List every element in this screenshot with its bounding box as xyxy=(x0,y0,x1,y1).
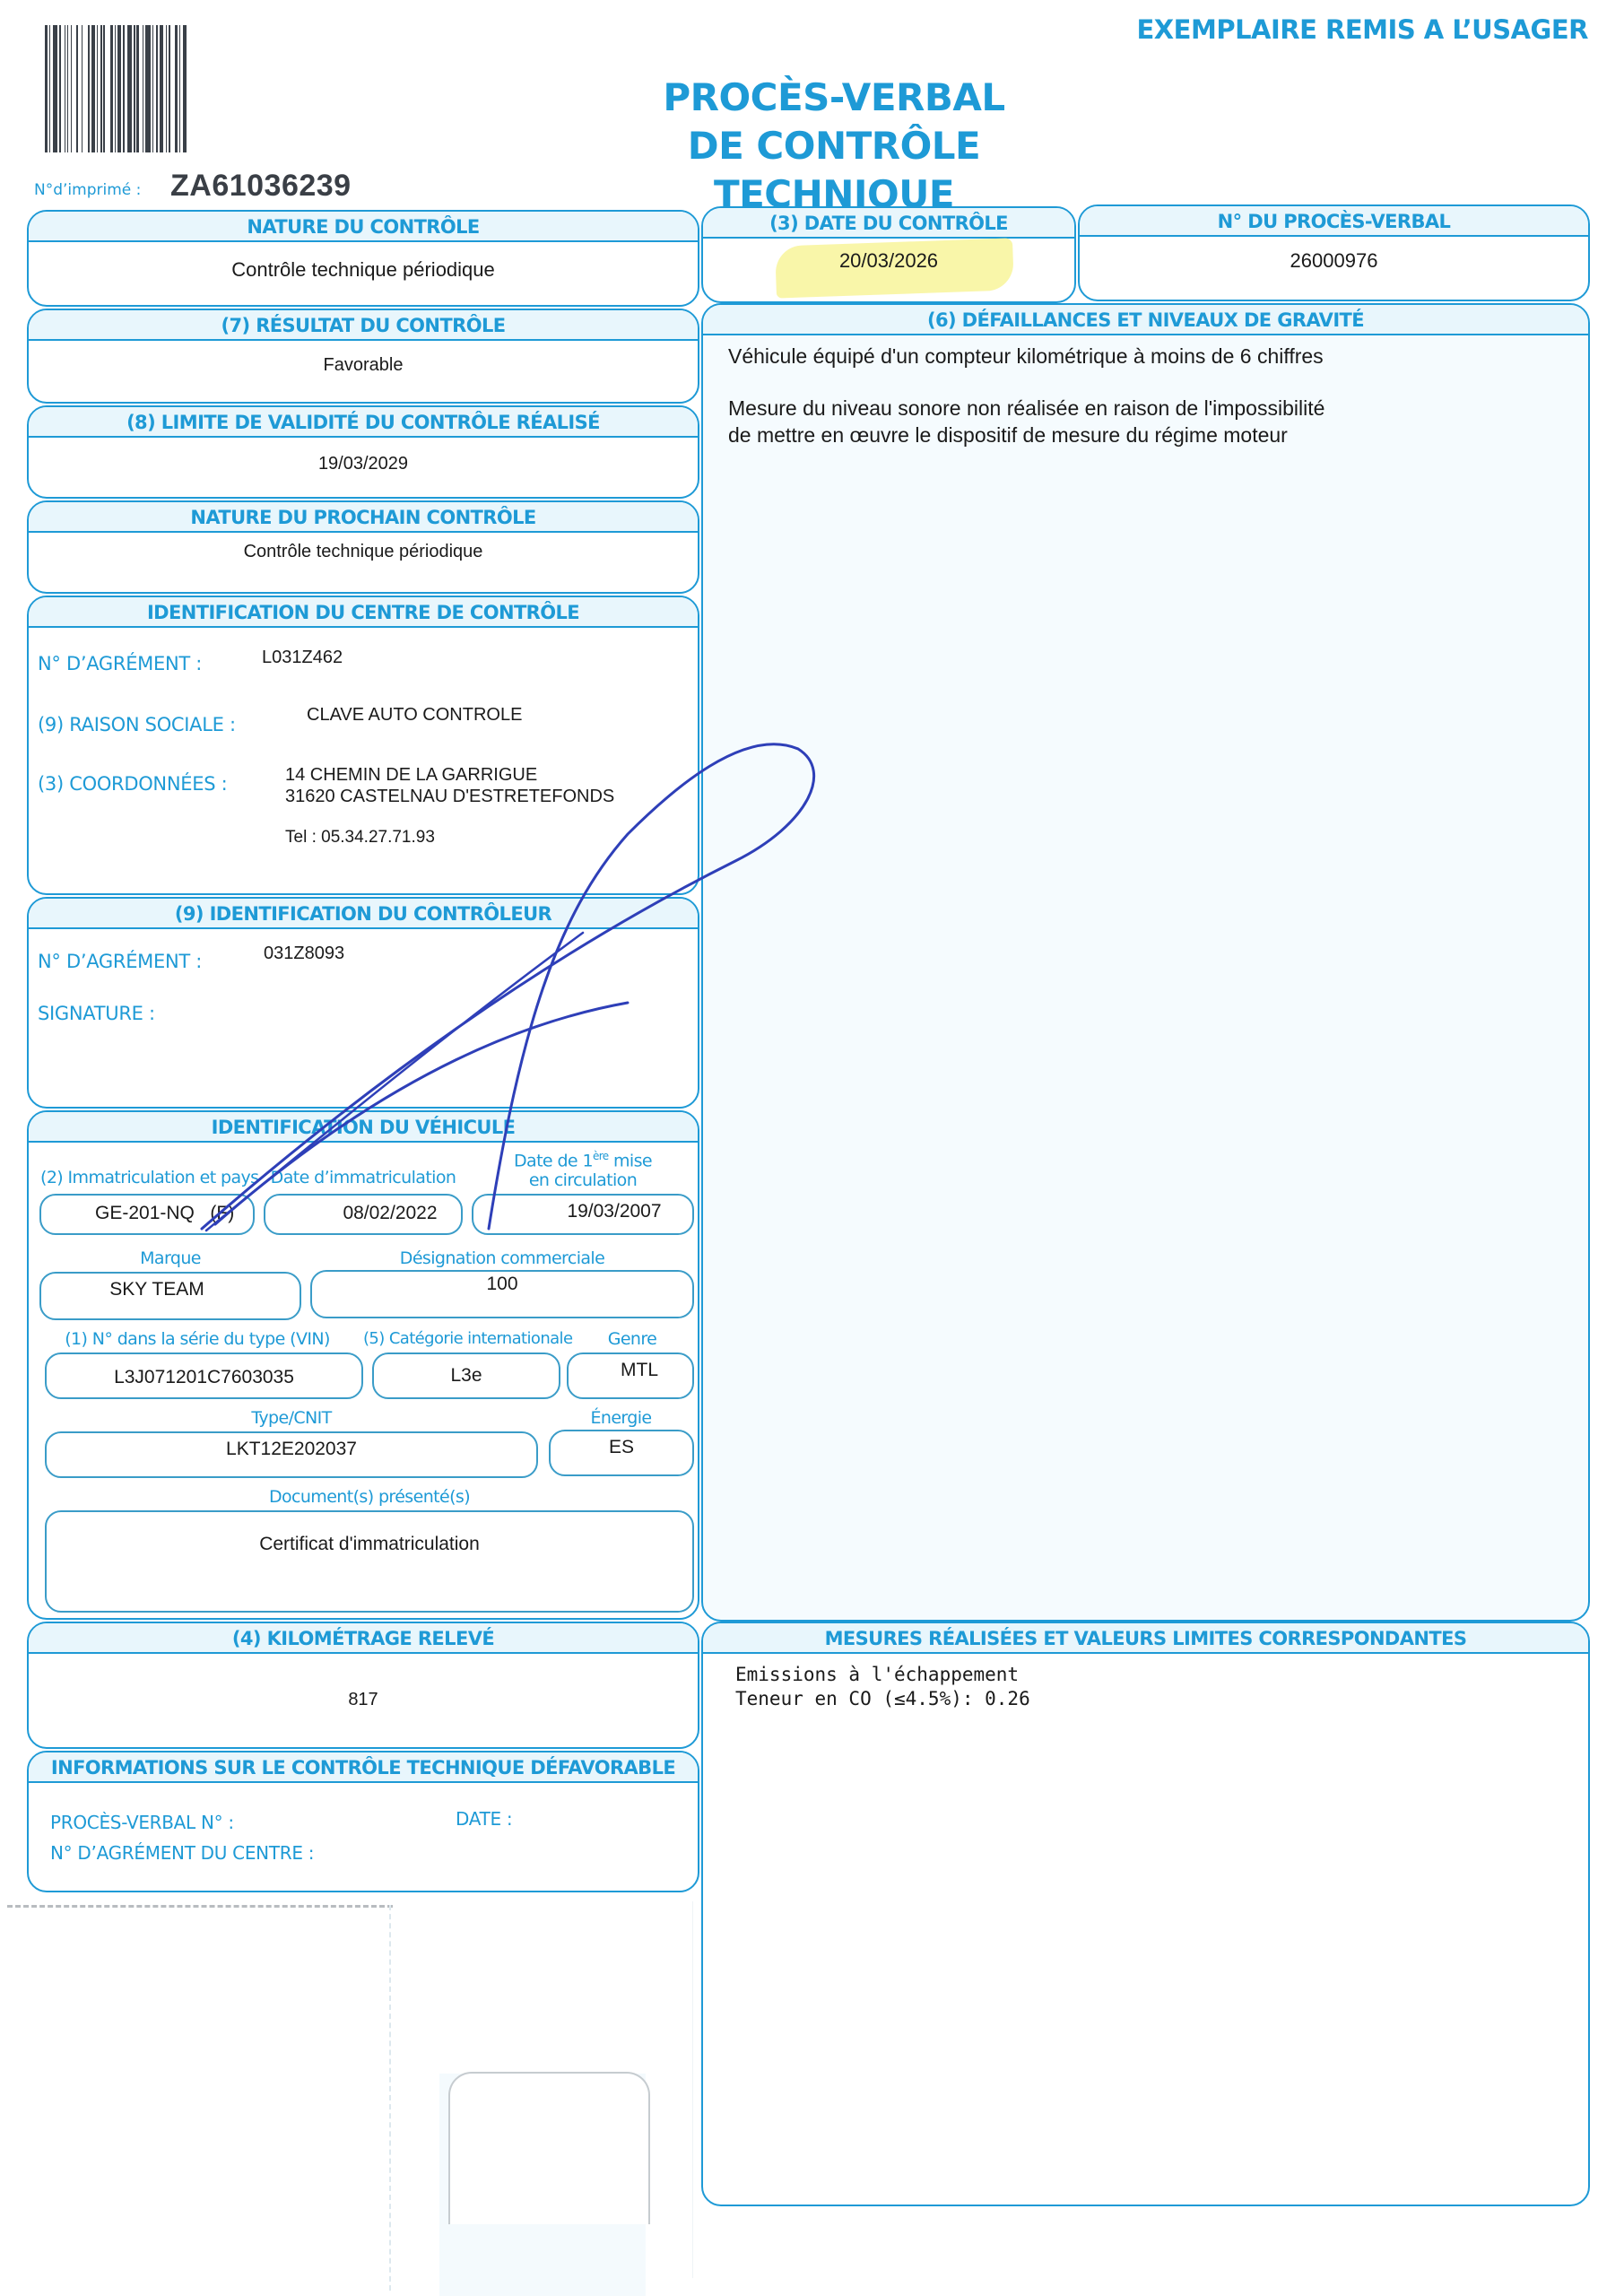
designation-field: 100 xyxy=(310,1270,694,1318)
address-line-2: 31620 CASTELNAU D'ESTRETEFONDS xyxy=(285,786,614,807)
kilometrage-value: 817 xyxy=(29,1654,698,1710)
defavorable-title: INFORMATIONS SUR LE CONTRÔLE TECHNIQUE D… xyxy=(29,1752,698,1783)
date-immat-label: Date d’immatriculation xyxy=(265,1168,462,1187)
defavorable-pv-label: PROCÈS-VERBAL N° : xyxy=(50,1812,234,1833)
premiere-mise-value: 19/03/2007 xyxy=(567,1201,661,1222)
documents-label: Document(s) présenté(s) xyxy=(45,1487,694,1507)
centre-tel: Tel : 05.34.27.71.93 xyxy=(285,828,435,848)
vin-value: L3J071201C7603035 xyxy=(114,1367,294,1387)
address-line-1: 14 CHEMIN DE LA GARRIGUE xyxy=(285,764,614,786)
centre-section: IDENTIFICATION DU CENTRE DE CONTRÔLE N° … xyxy=(27,596,699,895)
genre-label: Genre xyxy=(569,1329,695,1349)
raison-sociale-label: (9) RAISON SOCIALE : xyxy=(38,714,236,735)
signature-label: SIGNATURE : xyxy=(38,1003,155,1024)
resultat-title: (7) RÉSULTAT DU CONTRÔLE xyxy=(29,310,698,341)
vin-field: L3J071201C7603035 xyxy=(45,1352,363,1399)
immat-value: GE-201-NQ xyxy=(95,1203,195,1223)
page-title: PROCÈS-VERBAL DE CONTRÔLE TECHNIQUE xyxy=(610,74,1058,219)
copy-label: EXEMPLAIRE REMIS A L’USAGER xyxy=(1136,14,1588,45)
marque-label: Marque xyxy=(40,1248,300,1268)
imprime-label: N°d’imprimé : xyxy=(34,181,141,199)
vehicule-title: IDENTIFICATION DU VÉHICULE xyxy=(29,1112,698,1143)
defaillances-title: (6) DÉFAILLANCES ET NIVEAUX DE GRAVITÉ xyxy=(703,305,1588,335)
nature-controle-value: Contrôle technique périodique xyxy=(29,242,698,282)
energie-label: Énergie xyxy=(547,1408,695,1428)
prochain-controle-section: NATURE DU PROCHAIN CONTRÔLE Contrôle tec… xyxy=(27,500,699,594)
centre-agrement-label: N° D’AGRÉMENT : xyxy=(38,653,202,674)
numero-pv-title: N° DU PROCÈS-VERBAL xyxy=(1080,206,1588,237)
defaillance-item: Mesure du niveau sonore non réalisée en … xyxy=(728,395,1324,422)
date-controle-value: 20/03/2026 xyxy=(701,249,1076,273)
imprime-number: ZA61036239 xyxy=(170,169,352,204)
coordonnees-label: (3) COORDONNÉES : xyxy=(38,773,227,795)
type-value: LKT12E202037 xyxy=(226,1439,357,1459)
date-immat-value: 08/02/2022 xyxy=(343,1203,437,1223)
numero-pv-value: 26000976 xyxy=(1080,237,1588,273)
kilometrage-title: (4) KILOMÉTRAGE RELEVÉ xyxy=(29,1623,698,1654)
immat-label: (2) Immatriculation et pays xyxy=(40,1168,251,1187)
documents-value: Certificat d'immatriculation xyxy=(259,1534,480,1554)
controleur-section: (9) IDENTIFICATION DU CONTRÔLEUR N° D’AG… xyxy=(27,897,699,1109)
perforation-line xyxy=(389,1905,391,2291)
numero-pv-section: N° DU PROCÈS-VERBAL 26000976 xyxy=(1078,204,1590,301)
centre-address: 14 CHEMIN DE LA GARRIGUE 31620 CASTELNAU… xyxy=(285,764,614,807)
prochain-controle-value: Contrôle technique périodique xyxy=(29,533,698,562)
type-field: LKT12E202037 xyxy=(45,1431,538,1478)
limite-validite-value: 19/03/2029 xyxy=(29,438,698,474)
defaillance-item: de mettre en œuvre le dispositif de mesu… xyxy=(728,422,1324,448)
fold-line xyxy=(692,1901,693,2278)
resultat-value: Favorable xyxy=(29,341,698,376)
mesures-title: MESURES RÉALISÉES ET VALEURS LIMITES COR… xyxy=(703,1623,1588,1654)
categorie-value: L3e xyxy=(450,1365,482,1386)
marque-value: SKY TEAM xyxy=(109,1279,204,1300)
nature-controle-title: NATURE DU CONTRÔLE xyxy=(29,212,698,242)
categorie-label: (5) Catégorie internationale xyxy=(363,1329,568,1348)
genre-field: MTL xyxy=(567,1352,694,1399)
controleur-agrement-value: 031Z8093 xyxy=(264,944,344,964)
stamp-frame xyxy=(448,2072,650,2224)
energie-field: ES xyxy=(549,1430,694,1476)
title-line-2: DE CONTRÔLE TECHNIQUE xyxy=(610,122,1058,219)
raison-sociale-value: CLAVE AUTO CONTROLE xyxy=(307,705,522,726)
vin-label: (1) N° dans la série du type (VIN) xyxy=(40,1329,354,1349)
limite-validite-section: (8) LIMITE DE VALIDITÉ DU CONTRÔLE RÉALI… xyxy=(27,405,699,499)
nature-controle-section: NATURE DU CONTRÔLE Contrôle technique pé… xyxy=(27,210,699,307)
defavorable-agrement-label: N° D’AGRÉMENT DU CENTRE : xyxy=(50,1842,314,1864)
date-immat-field: 08/02/2022 xyxy=(264,1194,463,1235)
tear-line xyxy=(7,1905,393,1908)
resultat-section: (7) RÉSULTAT DU CONTRÔLE Favorable xyxy=(27,309,699,404)
immat-field: GE-201-NQ (F) xyxy=(39,1194,255,1235)
mesures-line: Emissions à l'échappement xyxy=(735,1663,1030,1687)
controleur-title: (9) IDENTIFICATION DU CONTRÔLEUR xyxy=(29,899,698,929)
categorie-field: L3e xyxy=(372,1352,560,1399)
defaillance-item: Véhicule équipé d'un compteur kilométriq… xyxy=(728,343,1324,370)
type-label: Type/CNIT xyxy=(45,1408,538,1428)
genre-value: MTL xyxy=(621,1360,658,1380)
defaillances-section: (6) DÉFAILLANCES ET NIVEAUX DE GRAVITÉ V… xyxy=(701,303,1590,1622)
energie-value: ES xyxy=(609,1437,634,1457)
premiere-mise-field: 19/03/2007 xyxy=(472,1194,694,1235)
title-line-1: PROCÈS-VERBAL xyxy=(610,74,1058,122)
documents-field: Certificat d'immatriculation xyxy=(45,1510,694,1613)
barcode-icon xyxy=(45,25,345,152)
date-controle-title: (3) DATE DU CONTRÔLE xyxy=(703,208,1074,239)
limite-validite-title: (8) LIMITE DE VALIDITÉ DU CONTRÔLE RÉALI… xyxy=(29,407,698,438)
pays-value: (F) xyxy=(210,1203,234,1223)
kilometrage-section: (4) KILOMÉTRAGE RELEVÉ 817 xyxy=(27,1622,699,1749)
defavorable-section: INFORMATIONS SUR LE CONTRÔLE TECHNIQUE D… xyxy=(27,1751,699,1892)
prochain-controle-title: NATURE DU PROCHAIN CONTRÔLE xyxy=(29,502,698,533)
controleur-agrement-label: N° D’AGRÉMENT : xyxy=(38,951,202,972)
designation-label: Désignation commerciale xyxy=(309,1248,695,1268)
marque-field: SKY TEAM xyxy=(39,1272,301,1320)
centre-agrement-value: L031Z462 xyxy=(262,648,343,668)
defavorable-date-label: DATE : xyxy=(456,1808,512,1830)
mesures-line: Teneur en CO (≤4.5%): 0.26 xyxy=(735,1687,1030,1711)
premiere-mise-label: Date de 1ère mise en circulation xyxy=(471,1146,695,1190)
designation-value: 100 xyxy=(486,1274,517,1294)
centre-title: IDENTIFICATION DU CENTRE DE CONTRÔLE xyxy=(29,597,698,628)
mesures-section: MESURES RÉALISÉES ET VALEURS LIMITES COR… xyxy=(701,1622,1590,2206)
